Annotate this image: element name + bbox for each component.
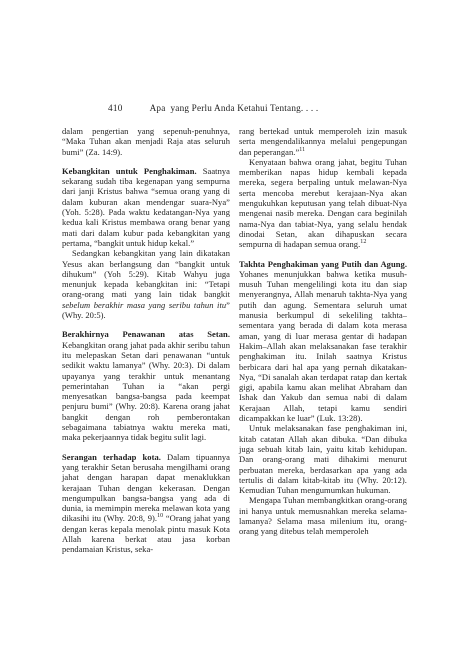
paragraph: Mengapa Tuhan membangkitkan orang-orang … bbox=[239, 495, 407, 536]
paragraph: Sedangkan kebangkitan yang lain dikataka… bbox=[62, 248, 230, 320]
paragraph: Serangan terhadap kota. Dalam tipuannya … bbox=[62, 452, 230, 555]
paragraph: Berakhirnya Penawanan atas Setan. Kebang… bbox=[62, 329, 230, 442]
paragraph: rang bertekad untuk memperoleh izin masu… bbox=[239, 126, 407, 157]
section-heading: Takhta Penghakiman yang Putih dan Agung. bbox=[239, 259, 407, 269]
text-columns: dalam pengertian yang sepenuh-penuhnya, … bbox=[62, 126, 407, 555]
text-run: Sedangkan kebangkitan yang lain dikataka… bbox=[62, 248, 230, 299]
running-title: Apa yang Perlu Anda Ketahui Tentang. . .… bbox=[62, 103, 406, 113]
text-run: Saatnya sekarang sudah tiba kegenapan ya… bbox=[62, 166, 230, 248]
paragraph: Untuk melaksanakan fase penghakiman ini,… bbox=[239, 423, 407, 495]
text-run: Untuk melaksanakan fase penghakiman ini,… bbox=[239, 423, 407, 495]
text-run: rang bertekad untuk memperoleh izin masu… bbox=[239, 126, 407, 157]
left-column: dalam pengertian yang sepenuh-penuhnya, … bbox=[62, 126, 230, 555]
paragraph: Takhta Penghakiman yang Putih dan Agung.… bbox=[239, 259, 407, 424]
paragraph: Kenyataan bahwa orang jahat, begitu Tuha… bbox=[239, 157, 407, 250]
section-heading: Kebangkitan untuk Penghakiman. bbox=[62, 166, 203, 176]
text-run: Kebangkitan orang jahat pada akhir serib… bbox=[62, 340, 230, 443]
text-run: Kenyataan bahwa orang jahat, begitu Tuha… bbox=[239, 157, 407, 249]
footnote-reference: 12 bbox=[360, 239, 366, 245]
running-head: 410 Apa yang Perlu Anda Ketahui Tentang.… bbox=[62, 103, 406, 117]
right-column: rang bertekad untuk memperoleh izin masu… bbox=[239, 126, 407, 555]
paragraph: dalam pengertian yang sepenuh-penuhnya, … bbox=[62, 126, 230, 157]
text-run: sebelum berakhir masa yang seribu tahun … bbox=[62, 300, 226, 310]
footnote-reference: 11 bbox=[299, 147, 305, 153]
text-run: Yohanes menunjukkan bahwa ketika musuh-m… bbox=[239, 269, 407, 423]
section-heading: Serangan terhadap kota. bbox=[62, 452, 167, 462]
section-heading: Berakhirnya Penawanan atas Setan. bbox=[62, 329, 230, 339]
text-run: Mengapa Tuhan membangkitkan orang-orang … bbox=[239, 495, 407, 536]
text-run: dalam pengertian yang sepenuh-penuhnya, … bbox=[62, 126, 230, 157]
paragraph: Kebangkitan untuk Penghakiman. Saatnya s… bbox=[62, 166, 230, 248]
book-page: 410 Apa yang Perlu Anda Ketahui Tentang.… bbox=[0, 0, 460, 650]
